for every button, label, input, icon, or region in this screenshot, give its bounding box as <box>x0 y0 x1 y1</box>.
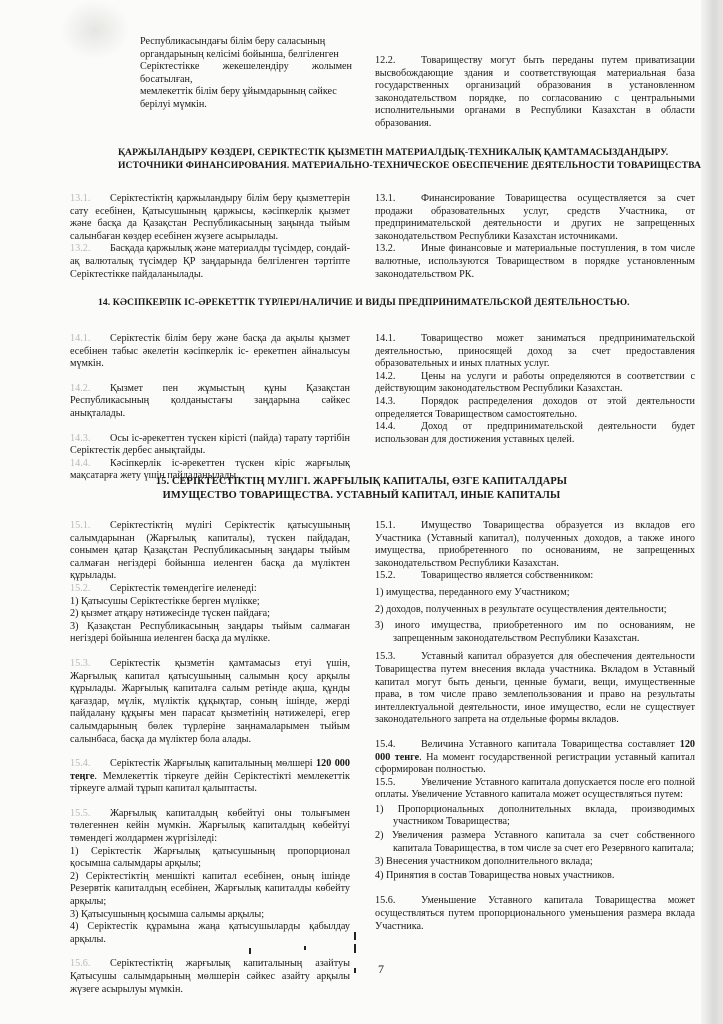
list-item: 4) Принятия в состав Товарищества новых … <box>375 870 695 883</box>
top-left-fragment: Республикасындағы білім беру саласының о… <box>140 36 352 112</box>
clause: 14.1.Товарищество может заниматься предп… <box>375 333 695 371</box>
scan-speck <box>249 948 251 954</box>
scan-speck <box>354 932 356 940</box>
section-14-heading: 14. КӘСІПКЕРЛІК ІС-ӘРЕКЕТТІК ТҮРЛЕРІ/НАЛ… <box>98 297 630 309</box>
clause: 14.1.Серіктестік білім беру және басқа д… <box>70 333 350 371</box>
list-item: 3) Внесения участником дополнительного в… <box>375 856 695 869</box>
section-15-heading-ru: ИМУЩЕСТВО ТОВАРИЩЕСТВА. УСТАВНЫЙ КАПИТАЛ… <box>0 489 723 502</box>
section-14-ru: 14.1.Товарищество может заниматься предп… <box>375 333 695 446</box>
section-15-kz: 15.1.Серіктестіктің мүлігі Серіктестік қ… <box>70 520 350 996</box>
list-item: 1) имущества, переданного ему Участником… <box>375 587 695 600</box>
clause: 14.3.Порядок распределения доходов от эт… <box>375 396 695 421</box>
list-item: 2) доходов, полученных в результате осущ… <box>375 604 695 617</box>
section-15-heading-kz: 15. СЕРІКТЕСТІКТІҢ МҮЛІГІ. ЖАРҒЫЛЫҚ КАПИ… <box>0 475 723 488</box>
page-number: 7 <box>378 962 384 977</box>
fragment-line: Республикасындағы білім беру саласының <box>140 36 352 49</box>
clause: 15.2.Товарищество является собственником… <box>375 570 695 583</box>
section-13-ru: 13.1.Финансирование Товарищества осущест… <box>375 193 695 281</box>
clause: 15.1.Имущество Товарищества образуется и… <box>375 520 695 570</box>
clause: 13.1.Финансирование Товарищества осущест… <box>375 193 695 243</box>
list-item: 1) Серіктестік Жарғылық қатысушының проп… <box>70 846 350 871</box>
clause: 15.6.Уменьшение Уставного капитала Товар… <box>375 895 695 933</box>
clause: 15.3.Уставный капитал образуется для обе… <box>375 651 695 727</box>
clause: 15.4.Серіктестік Жарғылық капиталының мө… <box>70 758 350 796</box>
section-13-heading-kz: ҚАРЖЫЛАНДЫРУ КӨЗДЕРІ, СЕРІКТЕСТІК ҚЫЗМЕТ… <box>118 147 668 159</box>
list-item: 2) Увеличения размера Уставного капитала… <box>375 830 695 855</box>
clause: 15.6.Серіктестіктің жарғылық капиталының… <box>70 958 350 996</box>
scan-speck <box>354 944 356 953</box>
clause: 14.4.Доход от предпринимательской деятел… <box>375 421 695 446</box>
clause: 14.2.Цены на услуги и работы определяютс… <box>375 371 695 396</box>
clause: 15.2.Серіктестік төмендегіге иеленеді: <box>70 583 350 596</box>
clause: 15.4.Величина Уставного капитала Товарищ… <box>375 739 695 777</box>
list-item: 1) Қатысушы Серіктестікке берген мүлікке… <box>70 596 350 609</box>
list-item: 4) Серіктестік құрамына жаңа қатысушылар… <box>70 921 350 946</box>
clause: 14.2.Қызмет пен жұмыстың құны Қазақстан … <box>70 383 350 421</box>
clause: 15.3.Серіктестік қызметін қамтамасыз ету… <box>70 658 350 746</box>
clause: 15.1.Серіктестіктің мүлігі Серіктестік қ… <box>70 520 350 583</box>
fragment-line: органдарының келісімі бойынша, белгіленг… <box>140 49 352 62</box>
clause: 13.1.Серіктестіктің қаржыландыру білім б… <box>70 193 350 243</box>
list-item: 3) Қазақстан Республикасының заңдары тый… <box>70 621 350 646</box>
fragment-line: берілуі мүмкін. <box>140 99 352 112</box>
section-13-kz: 13.1.Серіктестіктің қаржыландыру білім б… <box>70 193 350 281</box>
list-item: 1) Пропорциональных дополнительных вклад… <box>375 804 695 829</box>
list-item: 3) Қатысушының қосымша салымы арқылы; <box>70 909 350 922</box>
clause: 15.5.Увеличение Уставного капитала допус… <box>375 777 695 802</box>
fragment-line: Серіктестікке жекешелендіру жолымен боса… <box>140 61 352 86</box>
increase-methods-list: 1) Пропорциональных дополнительных вклад… <box>375 804 695 883</box>
clause-12-2: 12.2.Товариществу могут быть переданы пу… <box>375 55 695 131</box>
clause: 15.5.Жарғылық капиталдың көбейтуі оны то… <box>70 808 350 846</box>
section-15-ru: 15.1.Имущество Товарищества образуется и… <box>375 520 695 933</box>
section-14-kz: 14.1.Серіктестік білім беру және басқа д… <box>70 333 350 483</box>
clause-number: 12.2. <box>375 55 421 68</box>
owner-list: 1) имущества, переданного ему Участником… <box>375 587 695 645</box>
document-page: Республикасындағы білім беру саласының о… <box>0 0 723 1024</box>
list-item: 2) Серіктестіктің меншікті капитал есебі… <box>70 871 350 909</box>
list-item: 3) иного имущества, приобретенного им по… <box>375 620 695 645</box>
clause: 13.2.Басқада қаржылық және материалды тү… <box>70 243 350 281</box>
scan-smudge <box>60 0 130 60</box>
list-item: 2) қызмет атқару нәтижесінде түскен пайд… <box>70 608 350 621</box>
clause: 14.3.Осы іс-әрекеттен түскен кірісті (па… <box>70 433 350 458</box>
scan-speck <box>304 946 306 950</box>
clause: 13.2.Иные финансовые и материальные пост… <box>375 243 695 281</box>
clause-text: Товариществу могут быть переданы путем п… <box>375 55 695 129</box>
scan-edge-shadow <box>701 0 723 1024</box>
scan-speck <box>354 968 356 973</box>
fragment-line: мемлекеттік білім беру ұйымдарының сәйке… <box>140 86 352 99</box>
section-13-heading-ru: ИСТОЧНИКИ ФИНАНСИРОВАНИЯ. МАТЕРИАЛЬНО-ТЕ… <box>118 160 701 172</box>
